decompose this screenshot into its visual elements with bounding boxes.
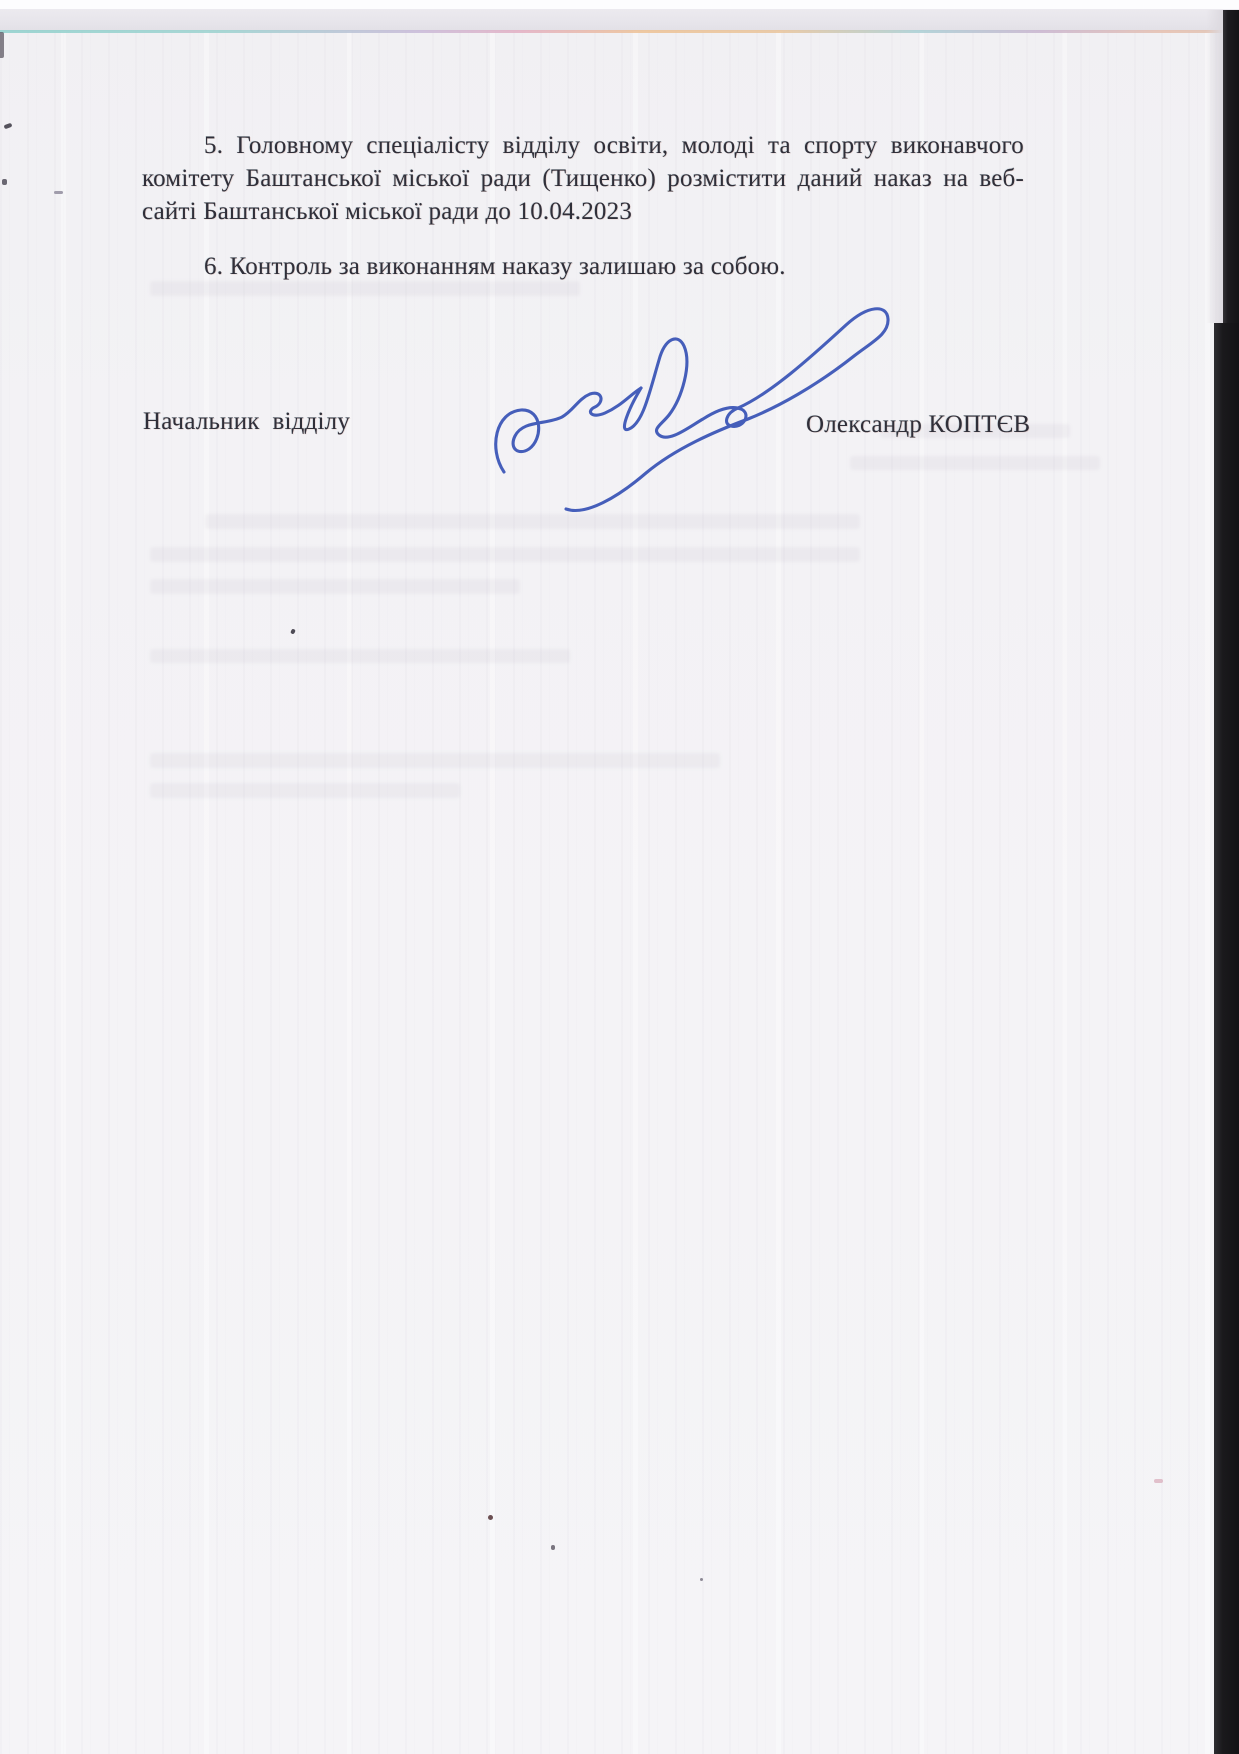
bleedthrough-smudge bbox=[150, 579, 520, 594]
ink-speck bbox=[2, 179, 7, 185]
scanner-color-line bbox=[0, 30, 1239, 33]
scanner-black-band-top bbox=[1223, 10, 1239, 323]
bleedthrough-smudge bbox=[150, 783, 460, 798]
paragraph-5-line-3: сайті Баштанської міської ради до 10.04.… bbox=[142, 195, 1024, 228]
bleedthrough-smudge bbox=[150, 649, 570, 663]
paper-edge-shadow bbox=[1206, 10, 1223, 323]
ink-speck bbox=[551, 1545, 555, 1550]
signature-ink bbox=[478, 276, 918, 528]
paragraph-5-line-1: 5. Головному спеціалісту відділу освіти,… bbox=[142, 129, 1024, 162]
ink-speck bbox=[700, 1578, 703, 1581]
ink-speck bbox=[488, 1515, 493, 1520]
bleedthrough-smudge bbox=[150, 547, 860, 562]
paragraph-5-line-2: комітету Баштанської міської ради (Тищен… bbox=[142, 162, 1024, 195]
scanner-left-edge-mark bbox=[0, 32, 4, 58]
ink-speck bbox=[290, 628, 296, 634]
ink-speck bbox=[1154, 1479, 1163, 1483]
ink-speck bbox=[4, 123, 13, 129]
ink-speck bbox=[54, 191, 63, 194]
scanned-document-page: 5. Головному спеціалісту відділу освіти,… bbox=[0, 0, 1239, 1754]
scanner-top-white-edge bbox=[0, 0, 1239, 9]
bleedthrough-smudge bbox=[150, 753, 720, 768]
scanner-top-strip bbox=[0, 9, 1239, 31]
scanner-black-band-bottom bbox=[1214, 323, 1239, 1754]
paragraph-5: 5. Головному спеціалісту відділу освіти,… bbox=[142, 129, 1024, 228]
position-title: Начальник відділу bbox=[143, 405, 350, 438]
